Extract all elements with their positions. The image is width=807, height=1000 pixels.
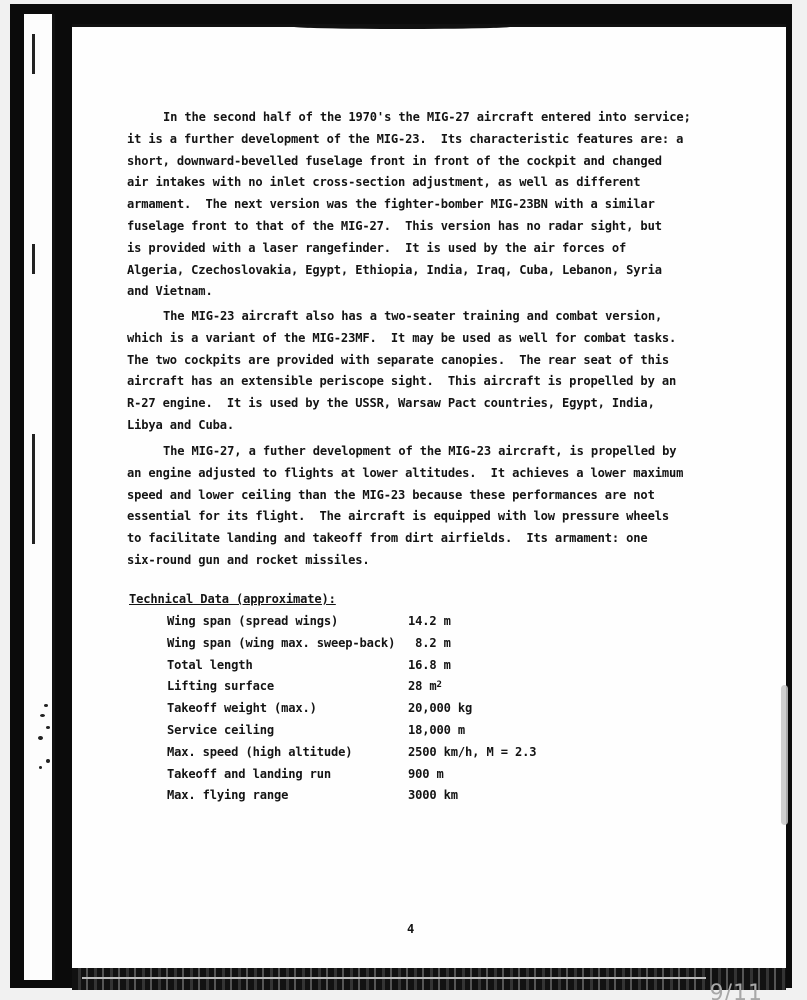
spec-value-text: 28 m [408, 679, 437, 693]
spec-value: 900 m [408, 767, 444, 781]
spec-value-text: 20,000 kg [408, 701, 472, 715]
paragraph-line: to facilitate landing and takeoff from d… [127, 532, 648, 544]
spec-label: Takeoff and landing run [167, 767, 331, 781]
paragraph-line: air intakes with no inlet cross-section … [127, 176, 640, 188]
paragraph-line: The MIG-23 aircraft also has a two-seate… [163, 310, 662, 322]
spec-value-superscript: 2 [437, 680, 442, 690]
paragraph-line: is provided with a laser rangefinder. It… [127, 242, 626, 254]
spec-value: 18,000 m [408, 723, 465, 737]
paragraph-line: The MIG-27, a futher development of the … [163, 445, 676, 457]
spec-value-text: 900 m [408, 767, 444, 781]
paragraph-line: six-round gun and rocket missiles. [127, 554, 369, 566]
spec-value: 28 m2 [408, 679, 442, 693]
paragraph-line: an engine adjusted to flights at lower a… [127, 467, 683, 479]
paragraph-line: which is a variant of the MIG-23MF. It m… [127, 332, 676, 344]
scrollbar-thumb[interactable] [781, 685, 788, 825]
spec-value-text: 18,000 m [408, 723, 465, 737]
spec-value-text: 16.8 m [408, 658, 451, 672]
spec-value: 16.8 m [408, 658, 451, 672]
scan-bottom-edge [72, 968, 786, 990]
spec-value: 20,000 kg [408, 701, 472, 715]
paragraph-line: In the second half of the 1970's the MIG… [163, 111, 691, 123]
paragraph-line: aircraft has an extensible periscope sig… [127, 375, 676, 387]
spec-value-text: 2500 km/h, M = 2.3 [408, 745, 536, 759]
paragraph-line: essential for its flight. The aircraft i… [127, 510, 669, 522]
paragraph-line: speed and lower ceiling than the MIG-23 … [127, 489, 655, 501]
document-viewer: In the second half of the 1970's the MIG… [0, 0, 807, 1000]
spec-label: Wing span (wing max. sweep-back) [167, 636, 395, 650]
spec-value-text: 14.2 m [408, 614, 451, 628]
scan-margin-strip [24, 14, 55, 980]
spec-value: 3000 km [408, 788, 458, 802]
paragraph-line: short, downward-bevelled fuselage front … [127, 155, 662, 167]
paragraph-line: The two cockpits are provided with separ… [127, 354, 669, 366]
page-number: 4 [407, 922, 414, 936]
scrollbar-track[interactable] [792, 0, 807, 1000]
paragraph-line: and Vietnam. [127, 285, 213, 297]
spec-label: Takeoff weight (max.) [167, 701, 317, 715]
paragraph-line: Algeria, Czechoslovakia, Egypt, Ethiopia… [127, 264, 662, 276]
spec-label: Wing span (spread wings) [167, 614, 338, 628]
spec-value: 2500 km/h, M = 2.3 [408, 745, 536, 759]
page-counter: 9/11 [710, 981, 763, 1000]
paragraph-line: it is a further development of the MIG-2… [127, 133, 683, 145]
spec-value-text: 8.2 m [408, 636, 451, 650]
paragraph-line: Libya and Cuba. [127, 419, 234, 431]
document-page: In the second half of the 1970's the MIG… [72, 24, 786, 968]
spec-label: Service ceiling [167, 723, 274, 737]
spec-label: Max. flying range [167, 788, 288, 802]
spec-label: Lifting surface [167, 679, 274, 693]
paragraph-line: fuselage front to that of the MIG-27. Th… [127, 220, 662, 232]
spec-value-text: 3000 km [408, 788, 458, 802]
spec-label: Max. speed (high altitude) [167, 745, 352, 759]
scanned-page: In the second half of the 1970's the MIG… [10, 4, 792, 988]
technical-data-heading: Technical Data (approximate): [129, 592, 336, 606]
spec-label: Total length [167, 658, 253, 672]
spec-value: 14.2 m [408, 614, 451, 628]
paragraph-line: armament. The next version was the fight… [127, 198, 655, 210]
spec-value: 8.2 m [408, 636, 451, 650]
paragraph-line: R-27 engine. It is used by the USSR, War… [127, 397, 655, 409]
